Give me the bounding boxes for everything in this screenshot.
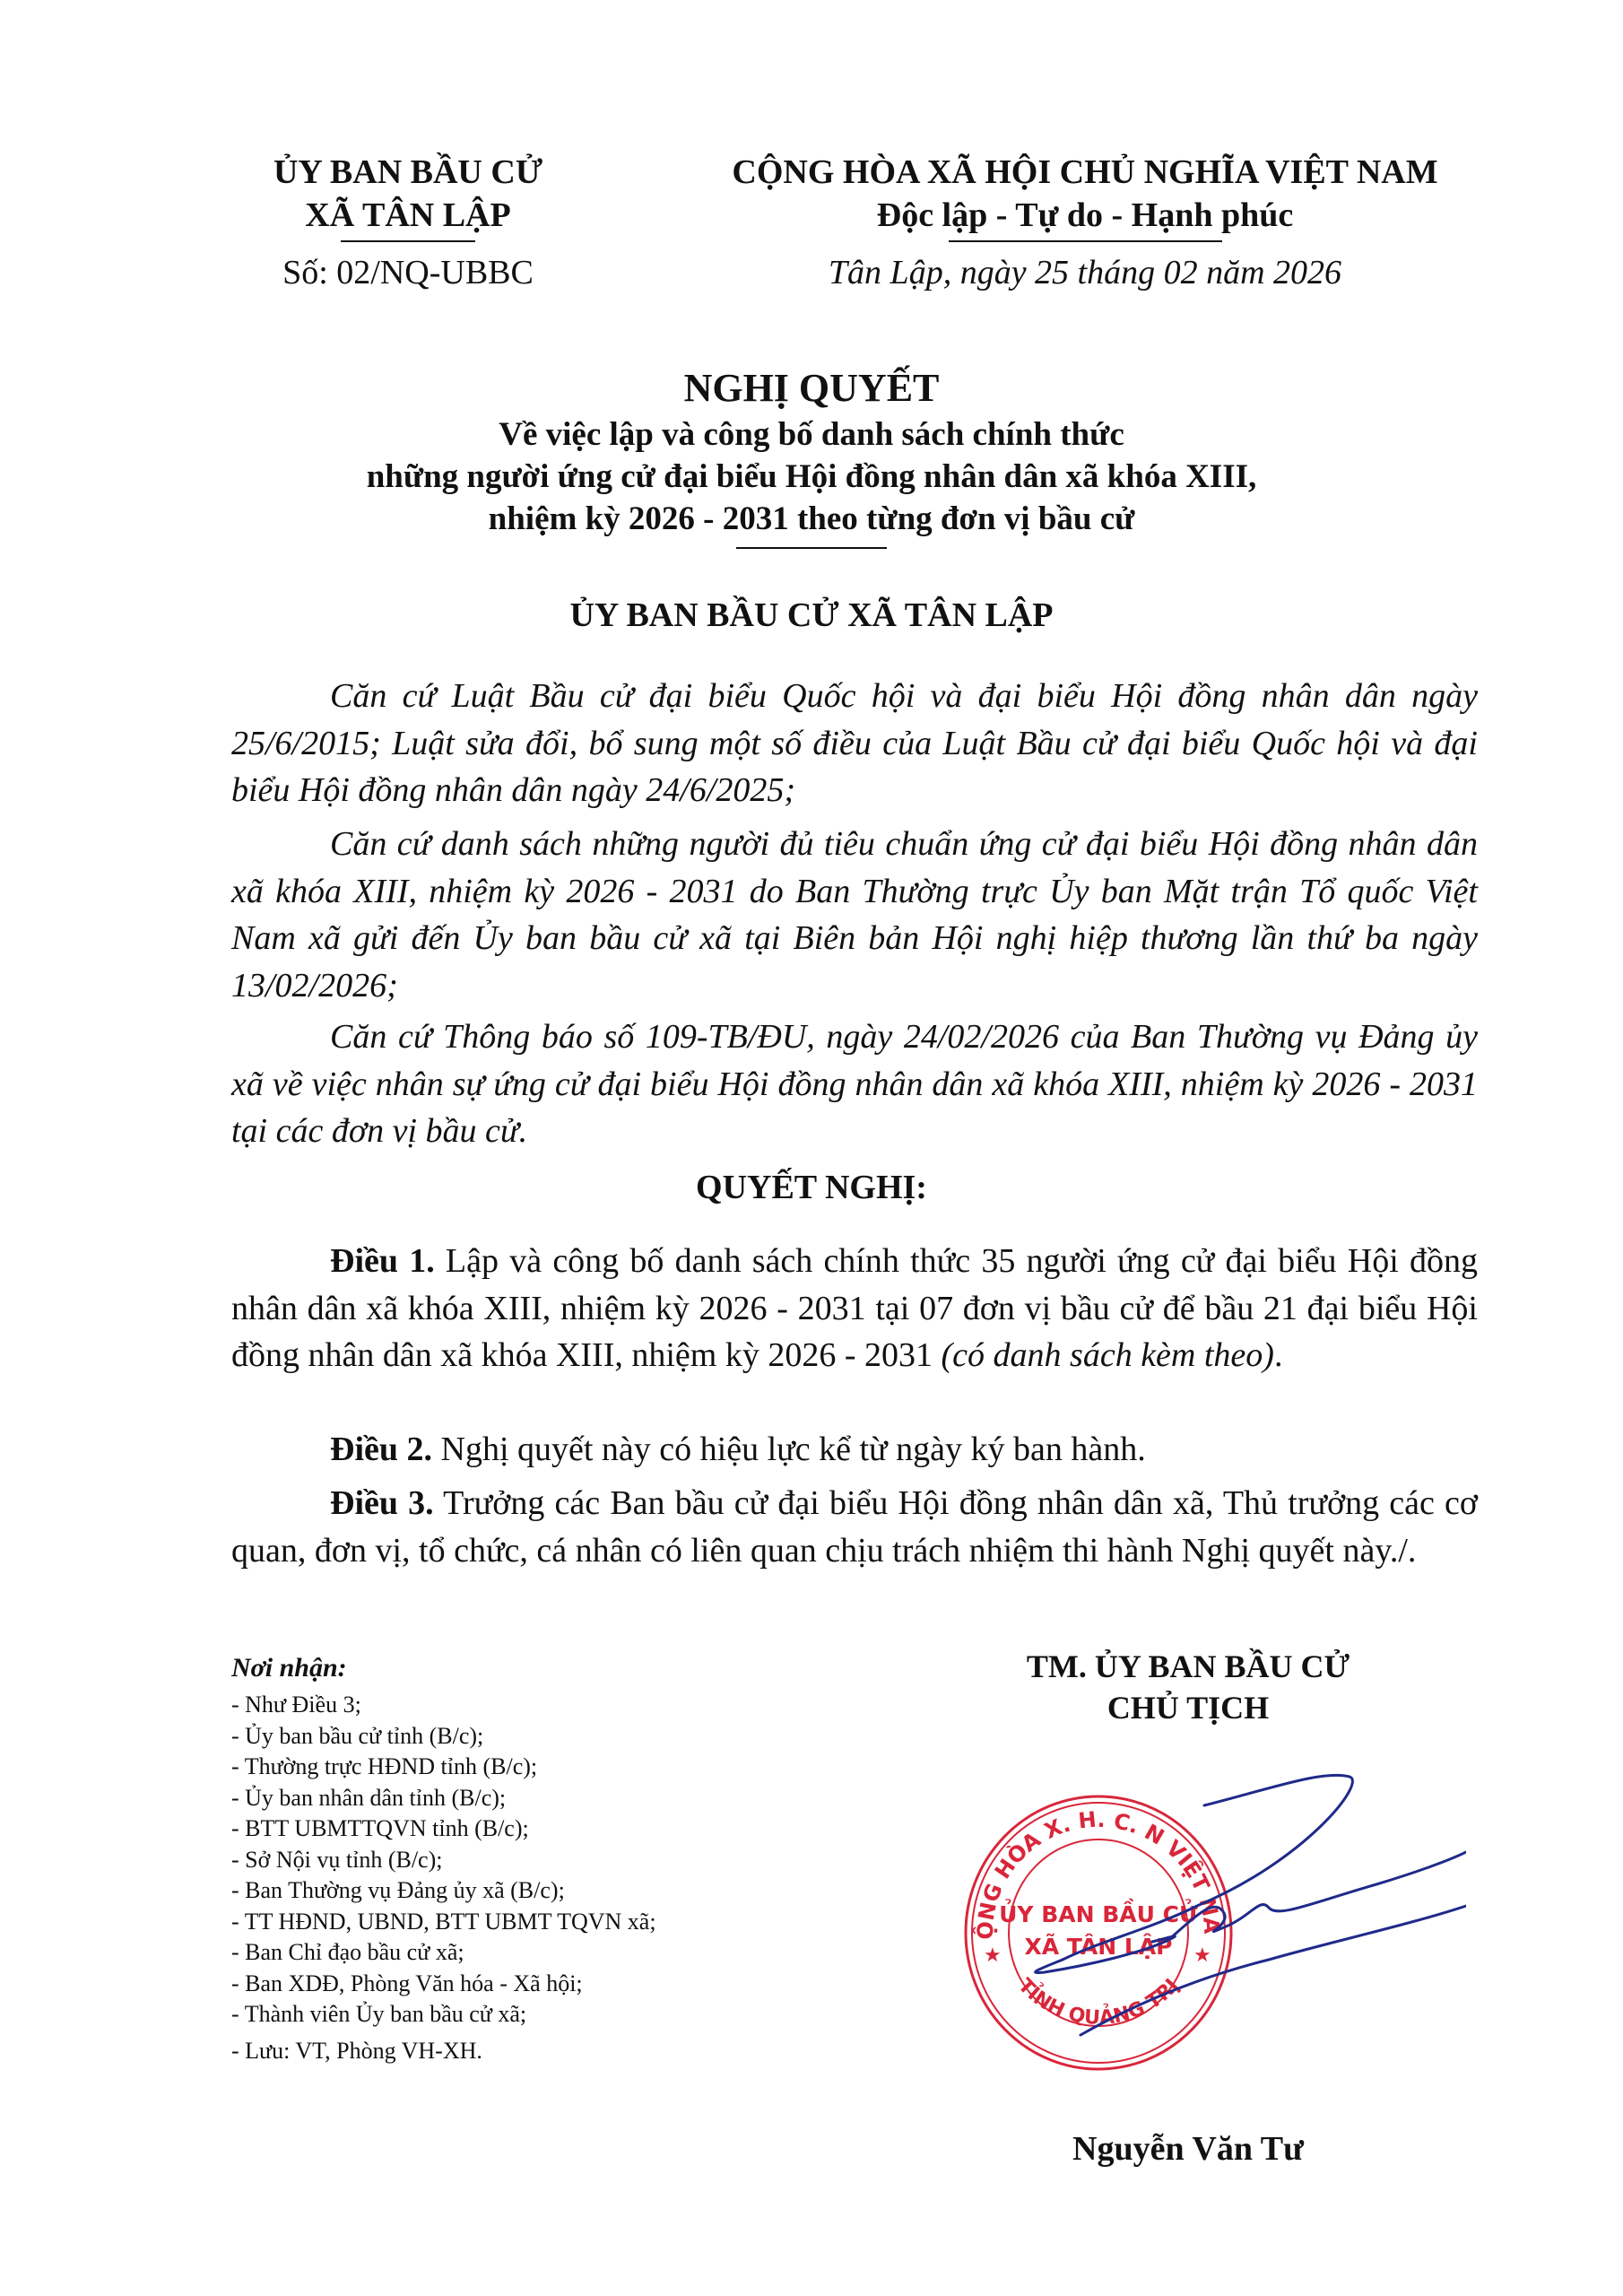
recipients-list: - Như Điều 3;- Ủy ban bầu cử tỉnh (B/c);… — [231, 1690, 859, 2066]
recipient-item: - Lưu: VT, Phòng VH-XH. — [231, 2036, 859, 2067]
recipient-item: - Thành viên Ủy ban bầu cử xã; — [231, 1999, 859, 2031]
article-2: Điều 2. Nghị quyết này có hiệu lực kể từ… — [231, 1426, 1478, 1474]
recipient-item: - Ban XDĐ, Phòng Văn hóa - Xã hội; — [231, 1969, 859, 2000]
article-tail: . — [1274, 1336, 1283, 1374]
recipient-item: - Ủy ban bầu cử tỉnh (B/c); — [231, 1721, 859, 1752]
national-heading: CỘNG HÒA XÃ HỘI CHỦ NGHĨA VIỆT NAM Độc l… — [681, 151, 1488, 294]
recipient-item: - Thường trực HĐND tỉnh (B/c); — [231, 1752, 859, 1783]
on-behalf: TM. ỦY BAN BẦU CỬ — [897, 1646, 1480, 1687]
issuing-body: ỦY BAN BẦU CỬ XÃ TÂN LẬP — [269, 594, 1354, 637]
article-1: Điều 1. Lập và công bố danh sách chính t… — [231, 1238, 1478, 1379]
preamble-text: Căn cứ Luật Bầu cử đại biểu Quốc hội và … — [231, 673, 1478, 814]
subject-line-1: Về việc lập và công bố danh sách chính t… — [269, 413, 1354, 456]
document-title: NGHỊ QUYẾT Về việc lập và công bố danh s… — [269, 363, 1354, 549]
article-label: Điều 1. — [330, 1242, 435, 1280]
preamble-1: Căn cứ Luật Bầu cử đại biểu Quốc hội và … — [231, 673, 1478, 814]
article-note: (có danh sách kèm theo) — [942, 1336, 1274, 1374]
subject-line-2: những người ứng cử đại biểu Hội đồng nhâ… — [269, 456, 1354, 498]
official-seal-icon: CỘNG HÒA X. H. C. N VIỆT NAM TỈNH QUẢNG … — [928, 1762, 1466, 2085]
recipients: Nơi nhận: - Như Điều 3;- Ủy ban bầu cử t… — [231, 1650, 859, 2066]
authority-underline — [341, 240, 475, 242]
document-type: NGHỊ QUYẾT — [269, 363, 1354, 413]
article-label: Điều 3. — [330, 1484, 434, 1522]
recipient-item: - Ban Thường vụ Đảng ủy xã (B/c); — [231, 1875, 859, 1907]
article-text: Nghị quyết này có hiệu lực kể từ ngày ký… — [432, 1431, 1146, 1468]
preamble-3: Căn cứ Thông báo số 109-TB/ĐU, ngày 24/0… — [231, 1013, 1478, 1155]
country-name: CỘNG HÒA XÃ HỘI CHỦ NGHĨA VIỆT NAM — [681, 151, 1488, 194]
recipient-item: - BTT UBMTTQVN tỉnh (B/c); — [231, 1813, 859, 1845]
recipient-item: - TT HĐND, UBND, BTT UBMT TQVN xã; — [231, 1907, 859, 1938]
subject-line-3: nhiệm kỳ 2026 - 2031 theo từng đơn vị bầ… — [269, 498, 1354, 540]
article-label: Điều 2. — [330, 1431, 432, 1468]
motto: Độc lập - Tự do - Hạnh phúc — [681, 194, 1488, 237]
recipient-item: - Ủy ban nhân dân tỉnh (B/c); — [231, 1783, 859, 1814]
svg-text:★: ★ — [984, 1944, 1002, 1966]
signer-position: CHỦ TỊCH — [897, 1687, 1480, 1728]
authority-line-1: ỦY BAN BẦU CỬ — [220, 151, 596, 194]
recipients-title: Nơi nhận: — [231, 1650, 859, 1686]
place-date: Tân Lập, ngày 25 tháng 02 năm 2026 — [681, 251, 1488, 294]
authority-line-2: XÃ TÂN LẬP — [220, 194, 596, 237]
preamble-text: Căn cứ danh sách những người đủ tiêu chu… — [231, 821, 1478, 1009]
svg-text:★: ★ — [1193, 1944, 1211, 1966]
issuing-authority: ỦY BAN BẦU CỬ XÃ TÂN LẬP Số: 02/NQ-UBBC — [220, 151, 596, 294]
motto-underline — [949, 240, 1222, 242]
signer-name: Nguyễn Văn Tư — [897, 2127, 1480, 2170]
recipient-item: - Ban Chỉ đạo bầu cử xã; — [231, 1937, 859, 1969]
preamble-text: Căn cứ Thông báo số 109-TB/ĐU, ngày 24/0… — [231, 1013, 1478, 1155]
svg-text:ỦY BAN BẦU CỬ: ỦY BAN BẦU CỬ — [999, 1898, 1198, 1927]
svg-text:TỈNH QUẢNG TRỊ: TỈNH QUẢNG TRỊ — [1013, 1975, 1184, 2030]
title-underline — [736, 547, 887, 549]
recipient-item: - Như Điều 3; — [231, 1690, 859, 1721]
recipient-item: - Sở Nội vụ tỉnh (B/c); — [231, 1845, 859, 1876]
document-number: Số: 02/NQ-UBBC — [220, 251, 596, 294]
seal-and-signature: CỘNG HÒA X. H. C. N VIỆT NAM TỈNH QUẢNG … — [928, 1762, 1466, 2085]
signature-block: TM. ỦY BAN BẦU CỬ CHỦ TỊCH — [897, 1646, 1480, 1728]
preamble-2: Căn cứ danh sách những người đủ tiêu chu… — [231, 821, 1478, 1009]
resolution-heading: QUYẾT NGHỊ: — [269, 1166, 1354, 1209]
article-3: Điều 3. Trưởng các Ban bầu cử đại biểu H… — [231, 1480, 1478, 1574]
